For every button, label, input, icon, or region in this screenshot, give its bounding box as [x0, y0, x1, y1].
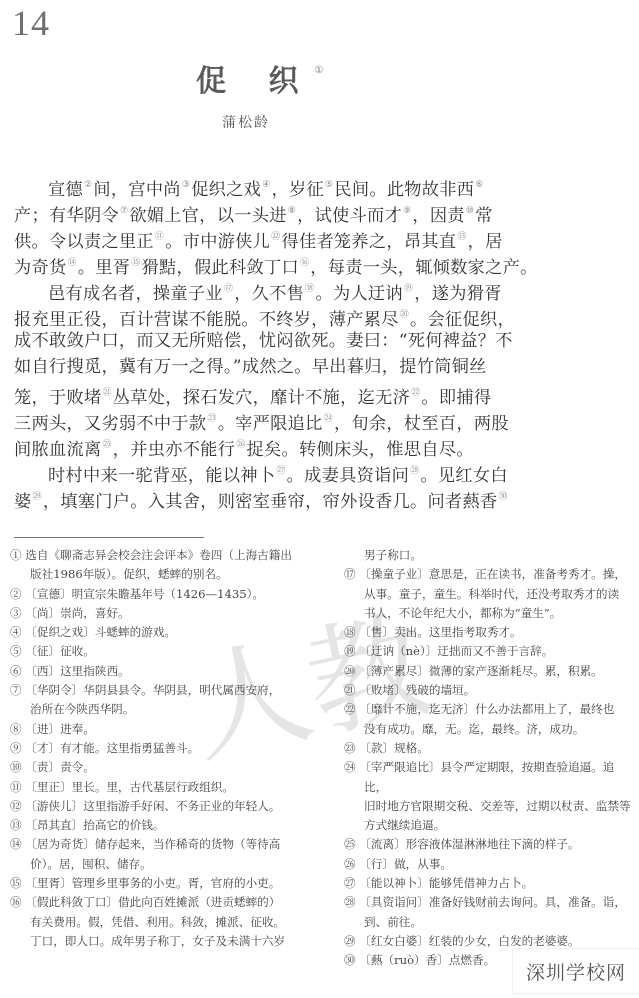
- footnote: ⑧ 〔进〕进奉。: [10, 720, 328, 739]
- footnote-number: ④: [10, 625, 25, 639]
- footnote: ⑰ 〔操童子业〕意思是，正在读书，准备考秀才。操，从事。童子，童生。科举时代，还…: [344, 565, 636, 623]
- text-line: 笼，于败堵㉑丛草处，探石发穴，靡计不施，迄无济㉒。即捕得: [14, 380, 484, 406]
- footnote-number: ⑦: [10, 683, 25, 697]
- footnote-text: 方式继续追逼。: [364, 816, 636, 835]
- footnote: ⑫ 〔游侠儿〕这里指游手好闲、不务正业的年轻人。: [10, 797, 328, 816]
- footnote: ⑤ 〔征〕征收。: [10, 642, 328, 661]
- footnote-number: ⑫: [10, 799, 25, 813]
- footnote-text: 丁口，即人口。成年男子称丁，女子及未满十六岁: [30, 932, 328, 951]
- text-line: 为奇货⑭。里胥⑮猾黠，假此科敛丁口⑯，每责一头，辄倾数家之产。: [14, 250, 484, 276]
- footnote: ⑪ 〔里正〕里长。里，古代基层行政组织。: [10, 778, 328, 797]
- footnote-text: 到、前往。: [364, 913, 636, 932]
- title-footnote-marker: ①: [314, 65, 323, 76]
- text-line: 婆㉙，填塞门户。入其舍，则密室垂帘，帘外设香几。问者爇香㉚: [14, 484, 484, 510]
- footnote-text: 〔西〕这里指陕西。: [25, 664, 129, 678]
- footnote: ③ 〔尚〕崇尚，喜好。: [10, 604, 328, 623]
- footnote: ⑦ 〔华阴令〕华阴县县令。华阴县，明代属西安府，治所在今陕西华阴。: [10, 681, 328, 720]
- text-line: 产；有华阴令⑦欲媚上官，以一头进⑧，试使斗而才⑨，因责⑩常: [14, 198, 484, 224]
- footnote: ⑳ 〔薄产累尽〕微薄的家产逐渐耗尽。累，积累。: [344, 662, 636, 681]
- footnote: ㉗ 〔能以神卜〕能够凭借神力占卜。: [344, 874, 636, 893]
- footnote: ② 〔宣德〕明宣宗朱瞻基年号（1426—1435）。: [10, 585, 328, 604]
- footnote-text: 〔征〕征收。: [25, 644, 95, 658]
- footnote-text: 〔宰严限追比〕县令严定期限，按期查验追逼。追比，: [359, 760, 614, 793]
- footnote-number: ⑧: [10, 722, 25, 736]
- footnote-number: ㉗: [344, 876, 359, 890]
- footnote-text: 〔能以神卜〕能够凭借神力占卜。: [359, 876, 533, 890]
- text-line: 邑有成名者，操童子业⑰，久不售⑱。为人迂讷⑲，遂为猾胥: [14, 276, 484, 302]
- footnote: ㉑ 〔败堵〕残破的墙垣。: [344, 681, 636, 700]
- text-line: 供。令以责之里正⑪。市中游侠儿⑫得佳者笼养之，昂其直⑬，居: [14, 224, 484, 250]
- footnote-text: 〔促织之戏〕斗蟋蟀的游戏。: [25, 625, 176, 639]
- text-line: 时村中来一驼背巫，能以神卜㉗。成妻具资诣问㉘。见红女白: [14, 458, 484, 484]
- footnote-text: 〔薄产累尽〕微薄的家产逐渐耗尽。累，积累。: [359, 664, 602, 678]
- footnote-text: 〔尚〕崇尚，喜好。: [25, 606, 129, 620]
- footnote: ⑨ 〔才〕有才能。这里指勇猛善斗。: [10, 739, 328, 758]
- footnote-number: ②: [10, 587, 25, 601]
- footnote-text: 旧时地方官限期交税、交差等，过期以杖责、监禁等: [364, 797, 636, 816]
- footnote-number: ㉓: [344, 741, 359, 755]
- footnote-text: 价）。居，囤积、储存。: [30, 855, 328, 874]
- footnote-text: 〔才〕有才能。这里指勇猛善斗。: [25, 741, 199, 755]
- footnote: ⑯ 〔假此科敛丁口〕借此向百姓摊派（进贡蟋蟀的）有关费用。假，凭借、利用。科敛，…: [10, 893, 328, 951]
- footnote-number: ⑰: [344, 567, 359, 581]
- footnotes-left-column: ① 选自《聊斋志异会校会注会评本》卷四（上海古籍出版社1986年版）。促织，蟋蟀…: [10, 546, 328, 951]
- footnote-text: 〔居为奇货〕储存起来，当作稀奇的货物（等待高: [25, 837, 280, 851]
- footnote-number: ⑲: [344, 644, 359, 658]
- main-text: 宣德②间，宫中尚③促织之戏④，岁征⑤民间。此物故非西⑥产；有华阴令⑦欲媚上官，以…: [14, 172, 484, 510]
- footnote-text: 〔款〕规格。: [359, 741, 429, 755]
- footnote-text: 〔具资诣问〕准备好钱财前去询问。具，准备。诣，: [359, 895, 626, 909]
- footnote-text: 从事。童子，童生。科举时代，还没考取秀才的读: [364, 585, 636, 604]
- title-text: 促 织: [196, 64, 314, 99]
- footnote: ㉕ 〔流离〕形容液体湿淋淋地往下滴的样子。: [344, 835, 636, 854]
- footnote-number: ⑩: [10, 760, 25, 774]
- footnote-divider: [14, 537, 204, 538]
- footnote: ㉓ 〔款〕规格。: [344, 739, 636, 758]
- footnote: 男子称口。: [344, 546, 636, 565]
- footnote: ⑥ 〔西〕这里指陕西。: [10, 662, 328, 681]
- footnote: ㉔ 〔宰严限追比〕县令严定期限，按期查验追逼。追比，旧时地方官限期交税、交差等，…: [344, 758, 636, 835]
- footnote-number: ⑮: [10, 876, 25, 890]
- footnote-number: ⑤: [10, 644, 25, 658]
- footnote-number: ⑨: [10, 741, 25, 755]
- footnote-text: 〔爇（ruò）香〕点燃香。: [359, 953, 495, 967]
- footnote-text: 〔进〕进奉。: [25, 722, 95, 736]
- footnote: ⑮ 〔里胥〕管理乡里事务的小吏。胥，官府的小吏。: [10, 874, 328, 893]
- footnotes-right-column: 男子称口。⑰ 〔操童子业〕意思是，正在读书，准备考秀才。操，从事。童子，童生。科…: [344, 546, 636, 971]
- text-line: 三两头，又劣弱不中于款㉓。宰严限追比㉔，旬余，杖至百，两股: [14, 406, 484, 432]
- text-line: 成不敢敛户口，而又无所赔偿，忧闷欲死。妻曰：“死何裨益？不: [14, 328, 484, 354]
- footnote-text: 〔里正〕里长。里，古代基层行政组织。: [25, 780, 234, 794]
- footnote-text: 〔靡计不施，迄无济〕什么办法都用上了，最终也: [359, 702, 614, 716]
- lesson-number: 14: [12, 2, 50, 44]
- footnote-text: 选自《聊斋志异会校会注会评本》卷四（上海古籍出: [25, 548, 292, 562]
- footnote-number: ⑳: [344, 664, 359, 678]
- footnote-number: ㉚: [344, 953, 359, 967]
- footnote-text: 〔流离〕形容液体湿淋淋地往下滴的样子。: [359, 837, 579, 851]
- footnote-number: ㉘: [344, 895, 359, 909]
- footnote-text: 〔华阴令〕华阴县县令。华阴县，明代属西安府，: [25, 683, 280, 697]
- footnote-text: 版社1986年版）。促织，蟋蟀的别名。: [30, 565, 328, 584]
- footnote: ④ 〔促织之戏〕斗蟋蟀的游戏。: [10, 623, 328, 642]
- footnote-number: ①: [10, 548, 25, 562]
- footnote-text: 〔迂讷（nè）〕迂拙而又不善于言辞。: [359, 644, 553, 658]
- footnote-number: ⑭: [10, 837, 25, 851]
- footnote: ㉘ 〔具资诣问〕准备好钱财前去询问。具，准备。诣，到、前往。: [344, 893, 636, 932]
- footnote-number: ⑪: [10, 780, 25, 794]
- footnote: ⑲ 〔迂讷（nè）〕迂拙而又不善于言辞。: [344, 642, 636, 661]
- footnote-text: 〔宣德〕明宣宗朱瞻基年号（1426—1435）。: [25, 587, 264, 601]
- footnote-text: 〔假此科敛丁口〕借此向百姓摊派（进贡蟋蟀的）: [25, 895, 280, 909]
- footnote-number: ㉖: [344, 857, 359, 871]
- footnote-number: ㉑: [344, 683, 359, 697]
- footnote-text: 〔败堵〕残破的墙垣。: [359, 683, 475, 697]
- author: 蒲松龄: [222, 112, 270, 132]
- footnote: ⑬ 〔昂其直〕抬高它的价钱。: [10, 816, 328, 835]
- footnote: ⑭ 〔居为奇货〕储存起来，当作稀奇的货物（等待高价）。居，囤积、储存。: [10, 835, 328, 874]
- footnote-number: ㉒: [344, 702, 359, 716]
- footnote-number: ③: [10, 606, 25, 620]
- text-line: 间脓血流离㉕，并虫亦不能行㉖捉矣。转侧床头，惟思自尽。: [14, 432, 484, 458]
- page-title: 促 织①: [196, 56, 323, 100]
- footnote-text: 治所在今陕西华阴。: [30, 700, 328, 719]
- site-watermark-badge: 深圳学校网: [512, 948, 639, 994]
- text-line: 如自行搜觅，冀有万一之得。”成然之。早出暮归，提竹筒铜丝: [14, 354, 484, 380]
- footnote-text: 〔红女白婆〕红装的少女，白发的老婆婆。: [359, 934, 579, 948]
- footnote-text: 男子称口。: [364, 546, 636, 565]
- footnote-text: 有关费用。假，凭借、利用。科敛，摊派、征收。: [30, 913, 328, 932]
- footnote: ⑩ 〔责〕责令。: [10, 758, 328, 777]
- footnote-text: 〔行〕做，从事。: [359, 857, 452, 871]
- footnote-text: 书人，不论年纪大小，都称为“童生”。: [364, 604, 636, 623]
- text-line: 报充里正役，百计营谋不能脱。不终岁，薄产累尽⑳。会征促织，: [14, 302, 484, 328]
- footnote-number: ⑥: [10, 664, 25, 678]
- footnote-number: ⑬: [10, 818, 25, 832]
- footnote-text: 〔操童子业〕意思是，正在读书，准备考秀才。操，: [359, 567, 626, 581]
- footnote-number: ㉙: [344, 934, 359, 948]
- footnote-text: 〔售〕卖出。这里指考取秀才。: [359, 625, 521, 639]
- footnote-number: ㉔: [344, 760, 359, 774]
- footnote-text: 没有成功。靡，无。迄，最终。济，成功。: [364, 720, 636, 739]
- footnote: ⑱ 〔售〕卖出。这里指考取秀才。: [344, 623, 636, 642]
- footnote-text: 〔游侠儿〕这里指游手好闲、不务正业的年轻人。: [25, 799, 280, 813]
- footnote: ① 选自《聊斋志异会校会注会评本》卷四（上海古籍出版社1986年版）。促织，蟋蟀…: [10, 546, 328, 585]
- footnote: ㉖ 〔行〕做，从事。: [344, 855, 636, 874]
- footnote-number: ⑯: [10, 895, 25, 909]
- footnote-number: ⑱: [344, 625, 359, 639]
- footnote-number: ㉕: [344, 837, 359, 851]
- footnote-text: 〔昂其直〕抬高它的价钱。: [25, 818, 164, 832]
- footnote-text: 〔责〕责令。: [25, 760, 95, 774]
- footnote-text: 〔里胥〕管理乡里事务的小吏。胥，官府的小吏。: [25, 876, 280, 890]
- text-line: 宣德②间，宫中尚③促织之戏④，岁征⑤民间。此物故非西⑥: [14, 172, 484, 198]
- footnote: ㉒ 〔靡计不施，迄无济〕什么办法都用上了，最终也没有成功。靡，无。迄，最终。济，…: [344, 700, 636, 739]
